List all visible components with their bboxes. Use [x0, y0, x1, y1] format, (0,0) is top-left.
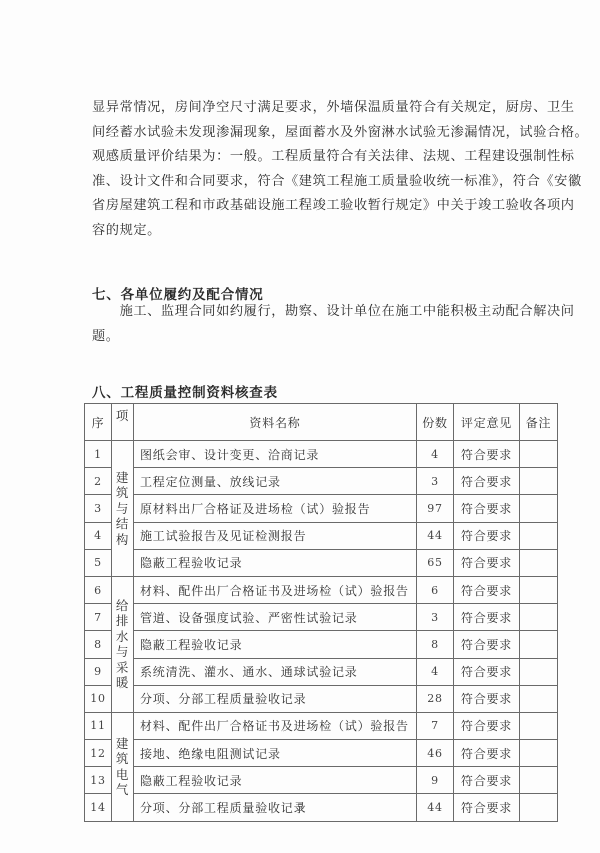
table-row: 3 原材料出厂合格证及进场检（试）验报告 97 符合要求 — [85, 495, 558, 522]
page-number: 5 — [0, 803, 600, 814]
row-note — [520, 576, 558, 603]
row-no: 9 — [85, 658, 112, 685]
text-line: 间经蓄水试验未发现渗漏现象，屋面蓄水及外窗淋水试验无渗漏情况，试验合格。 — [92, 121, 548, 146]
row-eval: 符合要求 — [454, 740, 520, 767]
row-qty: 44 — [417, 522, 454, 549]
row-eval: 符合要求 — [454, 604, 520, 631]
row-note — [520, 631, 558, 658]
row-name: 接地、绝缘电阻测试记录 — [134, 740, 417, 767]
row-eval: 符合要求 — [454, 468, 520, 495]
table-header-row: 序 项 资料名称 份数 评定意见 备注 — [85, 404, 558, 441]
text-line: 准、设计文件和合同要求，符合《建筑工程施工质量验收统一标准》，符合《安徽 — [92, 170, 548, 195]
row-qty: 4 — [417, 441, 454, 468]
header-category: 项 — [112, 404, 134, 441]
row-name: 材料、配件出厂合格证书及进场检（试）验报告 — [134, 576, 417, 603]
row-no: 3 — [85, 495, 112, 522]
row-no: 12 — [85, 740, 112, 767]
category-cell: 建筑与结构 — [112, 441, 134, 577]
table-row: 9 系统清洗、灌水、通水、通球试验记录 4 符合要求 — [85, 658, 558, 685]
header-note: 备注 — [520, 404, 558, 441]
text-line: 容的规定。 — [92, 219, 548, 244]
category-label: 给排水与采暖 — [116, 598, 130, 691]
row-no: 8 — [85, 631, 112, 658]
text-line: 省房屋建筑工程和市政基础设施工程竣工验收暂行规定》中关于竣工验收各项内 — [92, 194, 548, 219]
row-note — [520, 549, 558, 576]
row-no: 1 — [85, 441, 112, 468]
row-qty: 6 — [417, 576, 454, 603]
row-name: 图纸会审、设计变更、洽商记录 — [134, 441, 417, 468]
row-note — [520, 604, 558, 631]
row-eval: 符合要求 — [454, 658, 520, 685]
row-name: 工程定位测量、放线记录 — [134, 468, 417, 495]
row-no: 5 — [85, 549, 112, 576]
row-note — [520, 495, 558, 522]
row-qty: 65 — [417, 549, 454, 576]
row-no: 10 — [85, 685, 112, 712]
table-row: 2 工程定位测量、放线记录 3 符合要求 — [85, 468, 558, 495]
row-eval: 符合要求 — [454, 549, 520, 576]
row-eval: 符合要求 — [454, 576, 520, 603]
section-8-heading: 八、工程质量控制资料核查表 — [92, 381, 278, 401]
header-name: 资料名称 — [134, 404, 417, 441]
row-name: 隐蔽工程验收记录 — [134, 631, 417, 658]
row-name: 隐蔽工程验收记录 — [134, 549, 417, 576]
row-name: 隐蔽工程验收记录 — [134, 767, 417, 794]
table-row: 1 建筑与结构 图纸会审、设计变更、洽商记录 4 符合要求 — [85, 441, 558, 468]
row-eval: 符合要求 — [454, 685, 520, 712]
row-no: 7 — [85, 604, 112, 631]
table-row: 5 隐蔽工程验收记录 65 符合要求 — [85, 549, 558, 576]
row-name: 原材料出厂合格证及进场检（试）验报告 — [134, 495, 417, 522]
row-eval: 符合要求 — [454, 441, 520, 468]
text-line: 显异常情况，房间净空尺寸满足要求，外墙保温质量符合有关规定，厨房、卫生 — [92, 96, 548, 121]
row-qty: 8 — [417, 631, 454, 658]
table-row: 7 管道、设备强度试验、严密性试验记录 3 符合要求 — [85, 604, 558, 631]
table-row: 11 建筑电气 材料、配件出厂合格证书及进场检（试）验报告 7 符合要求 — [85, 712, 558, 739]
category-label: 建筑电气 — [116, 736, 130, 798]
row-note — [520, 468, 558, 495]
row-eval: 符合要求 — [454, 712, 520, 739]
row-note — [520, 712, 558, 739]
row-name: 系统清洗、灌水、通水、通球试验记录 — [134, 658, 417, 685]
row-note — [520, 522, 558, 549]
row-qty: 4 — [417, 658, 454, 685]
row-eval: 符合要求 — [454, 522, 520, 549]
row-note — [520, 441, 558, 468]
text-line: 施工、监理合同如约履行，勘察、设计单位在施工中能积极主动配合解决问 — [92, 300, 548, 325]
row-no: 6 — [85, 576, 112, 603]
row-qty: 9 — [417, 767, 454, 794]
row-no: 11 — [85, 712, 112, 739]
row-no: 4 — [85, 522, 112, 549]
category-label: 建筑与结构 — [116, 470, 130, 548]
row-note — [520, 740, 558, 767]
row-qty: 97 — [417, 495, 454, 522]
section-7-paragraph: 施工、监理合同如约履行，勘察、设计单位在施工中能积极主动配合解决问 题。 — [92, 300, 548, 349]
row-no: 13 — [85, 767, 112, 794]
header-no: 序 — [85, 404, 112, 441]
header-eval: 评定意见 — [454, 404, 520, 441]
text-line: 观感质量评价结果为：一般。工程质量符合有关法律、法规、工程建设强制性标 — [92, 145, 548, 170]
table-row: 12 接地、绝缘电阻测试记录 46 符合要求 — [85, 740, 558, 767]
row-qty: 46 — [417, 740, 454, 767]
row-qty: 3 — [417, 468, 454, 495]
row-note — [520, 658, 558, 685]
table-row: 6 给排水与采暖 材料、配件出厂合格证书及进场检（试）验报告 6 符合要求 — [85, 576, 558, 603]
row-name: 施工试验报告及见证检测报告 — [134, 522, 417, 549]
table-row: 8 隐蔽工程验收记录 8 符合要求 — [85, 631, 558, 658]
quality-control-table: 序 项 资料名称 份数 评定意见 备注 1 建筑与结构 图纸会审、设计变更、洽商… — [84, 403, 558, 822]
row-eval: 符合要求 — [454, 631, 520, 658]
text-line: 题。 — [92, 325, 548, 350]
document-page: 显异常情况，房间净空尺寸满足要求，外墙保温质量符合有关规定，厨房、卫生 间经蓄水… — [0, 0, 600, 853]
row-qty: 3 — [417, 604, 454, 631]
quality-summary-paragraph: 显异常情况，房间净空尺寸满足要求，外墙保温质量符合有关规定，厨房、卫生 间经蓄水… — [92, 96, 548, 243]
row-name: 材料、配件出厂合格证书及进场检（试）验报告 — [134, 712, 417, 739]
row-qty: 7 — [417, 712, 454, 739]
row-name: 分项、分部工程质量验收记录 — [134, 685, 417, 712]
row-note — [520, 767, 558, 794]
table-row: 4 施工试验报告及见证检测报告 44 符合要求 — [85, 522, 558, 549]
row-no: 2 — [85, 468, 112, 495]
table-row: 13 隐蔽工程验收记录 9 符合要求 — [85, 767, 558, 794]
row-qty: 28 — [417, 685, 454, 712]
category-cell: 给排水与采暖 — [112, 576, 134, 712]
row-name: 管道、设备强度试验、严密性试验记录 — [134, 604, 417, 631]
row-eval: 符合要求 — [454, 495, 520, 522]
row-eval: 符合要求 — [454, 767, 520, 794]
row-note — [520, 685, 558, 712]
table-row: 10 分项、分部工程质量验收记录 28 符合要求 — [85, 685, 558, 712]
header-qty: 份数 — [417, 404, 454, 441]
